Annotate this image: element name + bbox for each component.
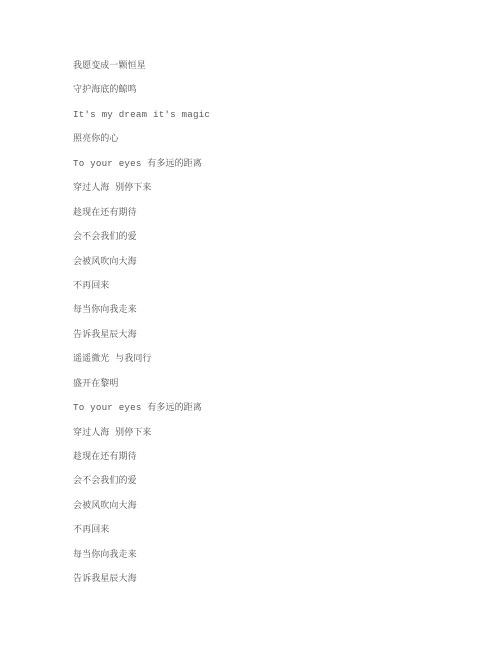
lyrics-line: 照亮你的心 — [73, 127, 210, 151]
cjk-text: 穿过人海 — [73, 183, 109, 193]
lyrics-block: 我愿变成一颗恒星守护海底的鲸鸣It's my dream it's magic照… — [73, 54, 210, 592]
cjk-text: 会被风吹向大海 — [73, 501, 137, 511]
lyrics-line: 会被风吹向大海 — [73, 250, 210, 274]
cjk-text: 与我同行 — [115, 354, 151, 364]
lyrics-line: 我愿变成一颗恒星 — [73, 54, 210, 78]
cjk-text: 我愿变成一颗恒星 — [73, 61, 146, 71]
cjk-text: 告诉我星辰大海 — [73, 574, 137, 584]
cjk-text: 不再回来 — [73, 281, 109, 291]
cjk-text: 每当你向我走来 — [73, 550, 137, 560]
lyrics-line: 会被风吹向大海 — [73, 494, 210, 518]
lyrics-line: 穿过人海 别停下来 — [73, 176, 210, 200]
lyrics-line: 趁现在还有期待 — [73, 201, 210, 225]
cjk-text: 会不会我们的爱 — [73, 476, 137, 486]
cjk-text: 穿过人海 — [73, 428, 109, 438]
cjk-text: 不再回来 — [73, 525, 109, 535]
cjk-text: 趁现在还有期待 — [73, 208, 137, 218]
lyrics-line: 穿过人海 别停下来 — [73, 421, 210, 445]
latin-text: To your eyes — [73, 158, 147, 169]
lyrics-line: 会不会我们的爱 — [73, 225, 210, 249]
cjk-text: 会被风吹向大海 — [73, 257, 137, 267]
lyrics-line: 不再回来 — [73, 518, 210, 542]
latin-text: To your eyes — [73, 402, 147, 413]
cjk-text: 守护海底的鲸鸣 — [73, 85, 137, 95]
lyrics-line: 每当你向我走来 — [73, 298, 210, 322]
document-page: 我愿变成一颗恒星守护海底的鲸鸣It's my dream it's magic照… — [0, 0, 500, 647]
cjk-text: 有多远的距离 — [147, 403, 202, 413]
lyrics-line: To your eyes 有多远的距离 — [73, 152, 210, 176]
cjk-text: 别停下来 — [115, 428, 151, 438]
cjk-text: 别停下来 — [115, 183, 151, 193]
lyrics-line: To your eyes 有多远的距离 — [73, 396, 210, 420]
lyrics-line: 盛开在黎明 — [73, 372, 210, 396]
cjk-text: 照亮你的心 — [73, 134, 119, 144]
cjk-text: 有多远的距离 — [147, 159, 202, 169]
cjk-text: 会不会我们的爱 — [73, 232, 137, 242]
cjk-text: 遥遥微光 — [73, 354, 109, 364]
cjk-text: 每当你向我走来 — [73, 305, 137, 315]
cjk-text: 趁现在还有期待 — [73, 452, 137, 462]
latin-text: It's my dream it's magic — [73, 109, 210, 120]
lyrics-line: 遥遥微光 与我同行 — [73, 347, 210, 371]
cjk-text: 告诉我星辰大海 — [73, 330, 137, 340]
lyrics-line: 不再回来 — [73, 274, 210, 298]
cjk-text: 盛开在黎明 — [73, 379, 119, 389]
lyrics-line: 告诉我星辰大海 — [73, 323, 210, 347]
lyrics-line: 守护海底的鲸鸣 — [73, 78, 210, 102]
lyrics-line: 告诉我星辰大海 — [73, 567, 210, 591]
lyrics-line: 会不会我们的爱 — [73, 469, 210, 493]
lyrics-line: 趁现在还有期待 — [73, 445, 210, 469]
lyrics-line: It's my dream it's magic — [73, 103, 210, 127]
lyrics-line: 每当你向我走来 — [73, 543, 210, 567]
